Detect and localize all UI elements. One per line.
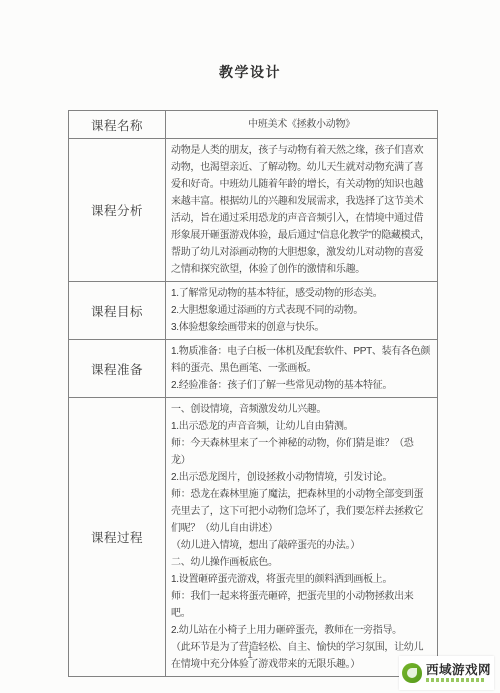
lesson-table-body: 课程名称 中班美术《拯救小动物》 课程分析 动物是人类的朋友，孩子与动物有着天然… bbox=[69, 111, 438, 677]
site-logo-icon bbox=[402, 663, 422, 683]
row-label: 课程目标 bbox=[69, 282, 166, 340]
table-row: 课程过程 一、创设情境，音频激发幼儿兴趣。 1.出示恐龙的声音音频，让幼儿自由猜… bbox=[69, 398, 438, 677]
row-label: 课程分析 bbox=[69, 139, 166, 282]
row-content: 1.物质准备：电子白板一体机及配套软件、PPT、装有各色颜料的蛋壳、黑色画笔、一… bbox=[166, 340, 438, 398]
row-content: 中班美术《拯救小动物》 bbox=[166, 111, 438, 139]
document-page: { "page": { "title": "教学设计", "page_numbe… bbox=[0, 0, 500, 693]
site-name: 西域游戏网 bbox=[426, 664, 491, 677]
row-label: 课程准备 bbox=[69, 340, 166, 398]
row-content: 一、创设情境，音频激发幼儿兴趣。 1.出示恐龙的声音音频，让幼儿自由猜测。 师：… bbox=[166, 398, 438, 677]
lesson-plan-table: 课程名称 中班美术《拯救小动物》 课程分析 动物是人类的朋友，孩子与动物有着天然… bbox=[68, 110, 438, 677]
row-label: 课程名称 bbox=[69, 111, 166, 139]
table-row: 课程名称 中班美术《拯救小动物》 bbox=[69, 111, 438, 139]
table-row: 课程目标 1.了解常见动物的基本特征，感受动物的形态美。 2.大胆想象通过添画的… bbox=[69, 282, 438, 340]
table-row: 课程准备 1.物质准备：电子白板一体机及配套软件、PPT、装有各色颜料的蛋壳、黑… bbox=[69, 340, 438, 398]
row-content: 动物是人类的朋友，孩子与动物有着天然之缘，孩子们喜欢动物，也渴望亲近、了解动物。… bbox=[166, 139, 438, 282]
site-url-smallprint bbox=[426, 678, 484, 682]
row-label: 课程过程 bbox=[69, 398, 166, 677]
document-title: 教学设计 bbox=[0, 0, 500, 82]
site-watermark-text: 西域游戏网 bbox=[426, 664, 491, 683]
table-row: 课程分析 动物是人类的朋友，孩子与动物有着天然之缘，孩子们喜欢动物，也渴望亲近、… bbox=[69, 139, 438, 282]
row-content: 1.了解常见动物的基本特征，感受动物的形态美。 2.大胆想象通过添画的方式表现不… bbox=[166, 282, 438, 340]
site-watermark: 西域游戏网 bbox=[399, 656, 494, 690]
